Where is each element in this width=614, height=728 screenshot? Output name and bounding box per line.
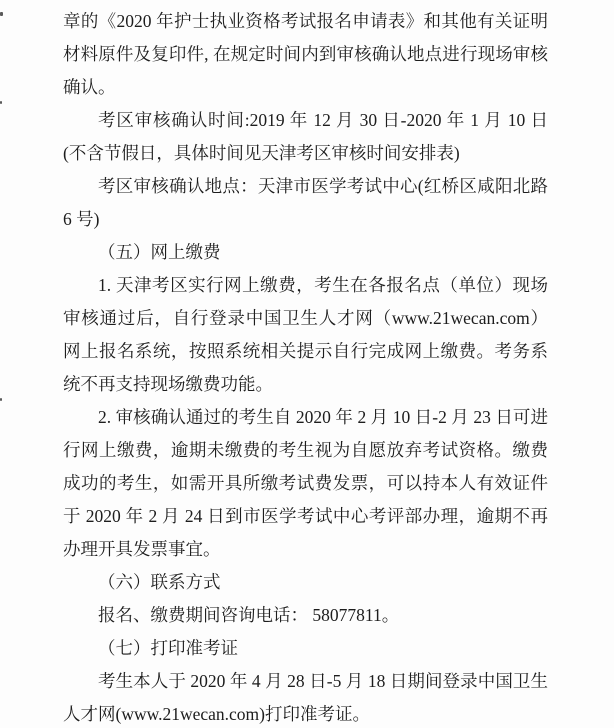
paragraph-review-confirm-time: 考区审核确认时间:2019 年 12 月 30 日-2020 年 1 月 10 … xyxy=(63,104,548,170)
document-page: 章的《2020 年护士执业资格考试报名申请表》和其他有关证明材料原件及复印件, … xyxy=(0,0,614,728)
paragraph-application-materials: 章的《2020 年护士执业资格考试报名申请表》和其他有关证明材料原件及复印件, … xyxy=(63,5,548,104)
scan-artifact-speck xyxy=(0,101,2,104)
paragraph-print-admission-ticket: 考生本人于 2020 年 4 月 28 日-5 月 18 日期间登录中国卫生人才… xyxy=(63,665,548,728)
scan-artifact-speck xyxy=(0,398,2,401)
paragraph-online-payment-1: 1. 天津考区实行网上缴费，考生在各报名点（单位）现场审核通过后，自行登录中国卫… xyxy=(63,269,548,401)
heading-section-7-print-admission-ticket: （七）打印准考证 xyxy=(63,632,548,665)
paragraph-consult-phone: 报名、缴费期间咨询电话： 58077811。 xyxy=(63,599,548,632)
scan-artifact-speck xyxy=(0,12,3,16)
paragraph-online-payment-2: 2. 审核确认通过的考生自 2020 年 2 月 10 日-2 月 23 日可进… xyxy=(63,401,548,566)
paragraph-review-confirm-location: 考区审核确认地点：天津市医学考试中心(红桥区咸阳北路 6 号) xyxy=(63,170,548,236)
heading-section-5-online-payment: （五）网上缴费 xyxy=(63,236,548,269)
heading-section-6-contact: （六）联系方式 xyxy=(63,566,548,599)
